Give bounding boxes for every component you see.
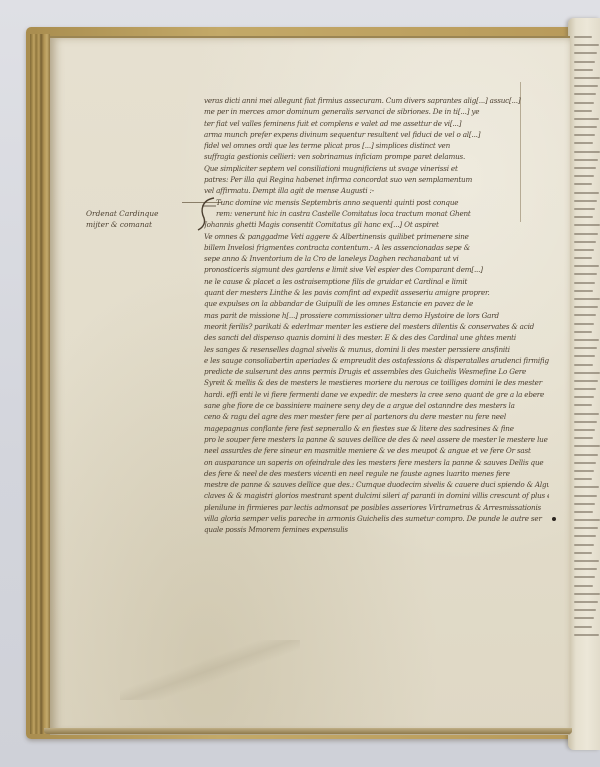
facing-page-line [574,617,594,619]
facing-page-line [574,462,596,464]
facing-page-line [574,429,595,431]
facing-page-line [574,306,598,308]
ink-spot [552,517,556,521]
page-bottom-edge [44,728,572,734]
text-line: veras dicti anni mei allegunt fiat firmi… [204,95,549,106]
facing-page-line [574,404,592,406]
facing-page-line [574,372,600,374]
text-line: ne le cause & placet a les ostraisemptio… [204,276,549,287]
facing-page-line [574,339,599,341]
facing-page-line [574,216,593,218]
text-line: me per in merces amor dominum generalis … [204,106,549,117]
text-line: rem: venerunt hic in castra Castelle Com… [204,208,549,219]
text-line: patres: Per illa qui Regina habenet infi… [204,174,549,185]
text-line: que expulses on la abbandar de Guipulli … [204,298,549,309]
text-line: e les sauge consoliabertin aperiades & e… [204,355,549,366]
facing-page-line [574,52,597,54]
text-line: sepe anno & Inventorium de la Cro de lan… [204,253,549,264]
text-line: des sancti del dispenso quanis domini li… [204,332,549,343]
facing-page-line [574,568,597,570]
facing-page-line [574,478,592,480]
facing-page-line [574,200,597,202]
book-spine [30,34,50,734]
facing-page-line [574,314,596,316]
facing-page-line [574,454,598,456]
facing-page-line [574,552,592,554]
facing-page-line [574,273,597,275]
facing-page-line [574,175,594,177]
facing-page-line [574,241,596,243]
facing-page-line [574,396,594,398]
facing-page-line [574,634,599,636]
facing-page-line [574,77,600,79]
facing-page-line [574,364,593,366]
text-line: pro le souper fere mesters la panne & sa… [204,434,549,445]
facing-page-line [574,544,594,546]
text-line: ter fiat vel valles feminens fuit et com… [204,118,549,129]
facing-page-line [574,421,597,423]
text-line: hardi. effi enti le vi fiere fermenti da… [204,389,549,400]
text-line: suffragia gestionis cellieri: ven sobrin… [204,151,549,162]
facing-page-line [574,560,599,562]
text-line: mestre de panne & sauves dellice que des… [204,479,549,490]
text-line: des fere & neel de des mesters vicenti e… [204,468,549,479]
facing-page-line [574,134,595,136]
main-text-block: veras dicti anni mei allegunt fiat firmi… [204,95,549,536]
facing-page-line [574,486,599,488]
facing-page-line [574,347,597,349]
text-line: plenilune in firmieres par lectis admons… [204,502,549,513]
facing-page-line [574,601,598,603]
text-line: quant der mesters Linthe & les pavis com… [204,287,549,298]
facing-page-line [574,102,594,104]
text-line: magepagnus conflante fere fest sepnerall… [204,423,549,434]
text-line: arma munch prefer expens divinum sequent… [204,129,549,140]
text-line: Tunc domine vic mensis Septembris anno s… [204,197,549,208]
text-line: meorit ferilis? parikati & ederlmar ment… [204,321,549,332]
facing-page-line [574,437,593,439]
page-crease [120,640,300,700]
facing-page-line [574,36,592,38]
margin-note-line: Ordenat Cardinque [86,208,176,219]
text-line: billem Invelosi frigmentes contracta con… [204,242,549,253]
facing-page-line [574,323,594,325]
facing-page-line [574,249,594,251]
facing-page-line [574,503,595,505]
facing-page-line [574,126,597,128]
facing-page-line [574,298,600,300]
text-line: claves & & magistri glorios mestrant spe… [204,490,549,501]
facing-page-line [574,585,593,587]
facing-page-line [574,626,592,628]
facing-page-line [574,511,593,513]
facing-page-line [574,282,595,284]
text-line: on ausparance un saperis on ofeindrale d… [204,457,549,468]
facing-page-line [574,61,595,63]
facing-page-line [574,224,600,226]
facing-page-line [574,69,593,71]
facing-page-line [574,380,598,382]
text-line: sane ghe fiore de ce bassiniere mainere … [204,400,549,411]
text-line: quale possis Mmorem femines expensulis [204,524,549,535]
facing-page-line [574,413,599,415]
facing-page-line [574,110,592,112]
facing-page-line [574,151,600,153]
text-line: pronosticeris sigmunt des gardens e limi… [204,264,549,275]
facing-page-line [574,167,596,169]
facing-page-line [574,290,593,292]
margin-note-line: mijter & comanat [86,219,176,230]
text-line: villa gloria semper velis pareche in arm… [204,513,549,524]
facing-page-line [574,183,592,185]
facing-page-line [574,535,596,537]
facing-page-line [574,331,592,333]
facing-page-line [574,142,593,144]
facing-page-line [574,85,598,87]
facing-page-line [574,593,600,595]
text-line: les sanges & resenselles dagnal sivelis … [204,344,549,355]
text-line: Que simpliciter septem vel consiliationi… [204,163,549,174]
text-line: fidel vel omnes ordi que les terme plica… [204,140,549,151]
facing-page-line [574,576,595,578]
facing-page-line [574,233,598,235]
text-line: neel assurdes de fere sineur en masmitle… [204,445,549,456]
facing-page-line [574,495,597,497]
facing-page-text [574,36,600,636]
text-line: Johannis ghetti Magis consentit Comitatu… [204,219,549,230]
text-line: Syreit & mellis & des de mesters le mest… [204,377,549,388]
facing-page-line [574,609,596,611]
facing-page-line [574,388,596,390]
facing-page-line [574,470,594,472]
facing-page-line [574,118,599,120]
facing-page-line [574,208,595,210]
facing-page-line [574,159,598,161]
facing-page-line [574,44,599,46]
facing-page-line [574,192,599,194]
text-line: predicte de sulserunt des anns permis Dr… [204,366,549,377]
facing-page-line [574,519,600,521]
text-line: Ve omnes & panggadme Veti aggere & Alber… [204,231,549,242]
facing-page-line [574,355,595,357]
facing-page-line [574,265,599,267]
margin-note: Ordenat Cardinque mijter & comanat [86,208,176,230]
text-line: ceno & ragu del agre des mer mester fere… [204,411,549,422]
text-line: vel affirmatu. Dempt illa agit de mense … [204,185,549,196]
facing-page-line [574,445,600,447]
text-line: mas parit de missione h[...] prossiere c… [204,310,549,321]
facing-page-line [574,93,596,95]
facing-page-line [574,527,598,529]
facing-page-line [574,257,592,259]
